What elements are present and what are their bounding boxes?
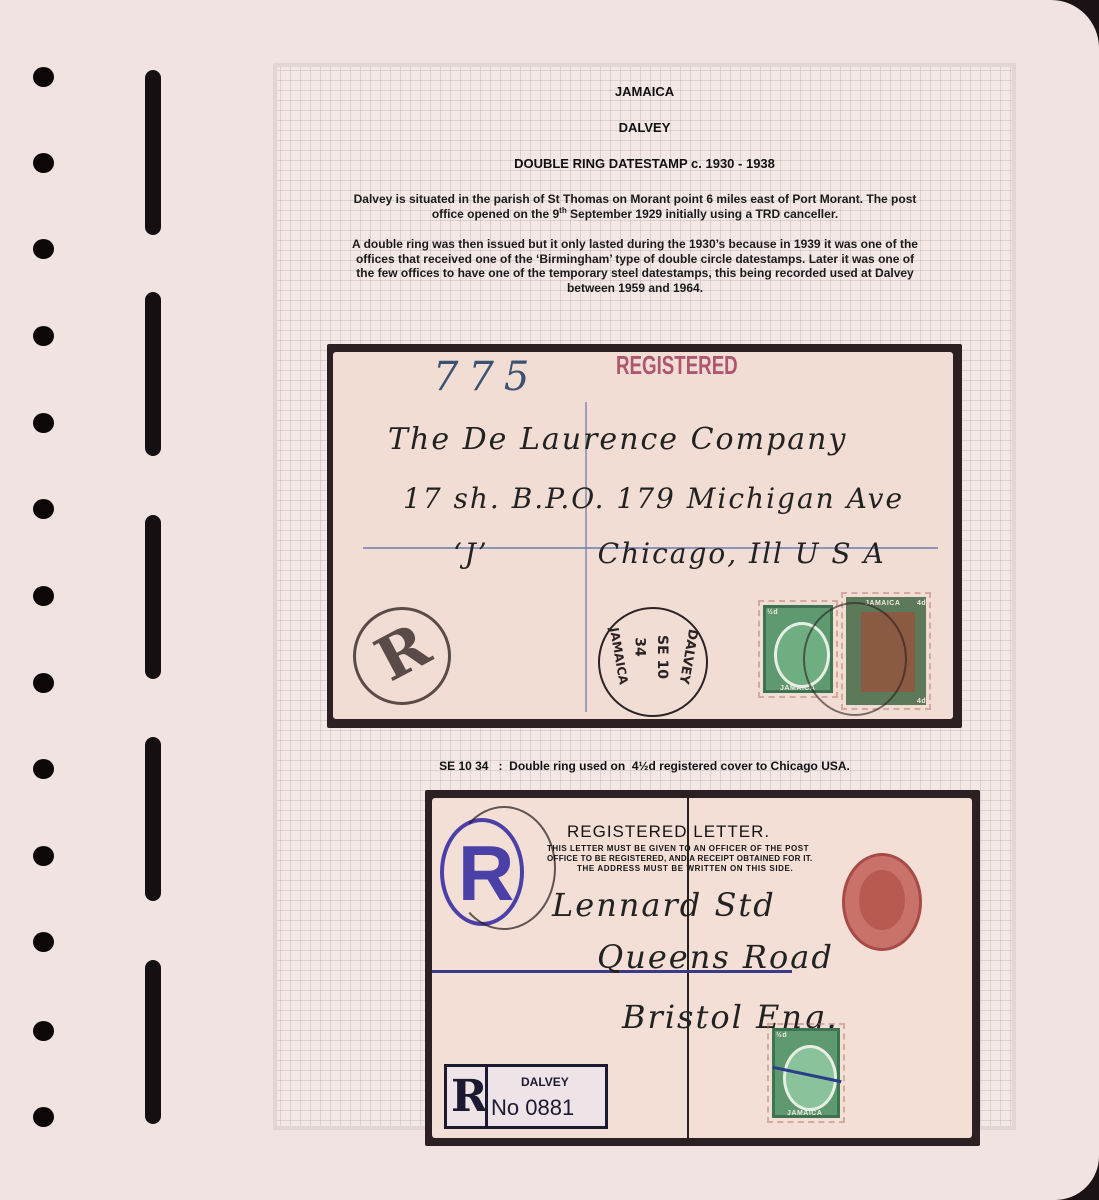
address-line: Lennard Std	[552, 886, 776, 924]
binder-slot	[145, 515, 161, 679]
postmark-year: 34	[632, 637, 648, 656]
paragraph-line: Dalvey is situated in the parish of St T…	[330, 192, 940, 207]
dalvey-double-ring-postmark: SE 10 34 DALVEY JAMAICA	[598, 607, 708, 717]
instruction-line: OFFICE TO BE REGISTERED, AND A RECEIPT O…	[547, 854, 813, 863]
punch-hole	[33, 67, 54, 87]
paragraph-line: A double ring was then issued but it onl…	[330, 237, 940, 252]
punch-hole	[33, 673, 54, 693]
registered-cover-chicago: 775 REGISTERED The De Laurence Company 1…	[333, 352, 953, 719]
registered-handstamp: REGISTERED	[616, 352, 738, 381]
stamp-country: JAMAICA	[787, 1110, 822, 1117]
punch-hole	[33, 326, 54, 346]
paragraph-line: office opened on the 9th September 1929 …	[330, 207, 940, 222]
label-r-letter: R	[451, 1071, 488, 1122]
paragraph-line: the few offices to have one of the tempo…	[330, 266, 940, 281]
postmark-date: SE 10	[654, 635, 670, 679]
label-number: No 0881	[491, 1095, 574, 1121]
king-head-oval	[859, 870, 905, 930]
punch-hole	[33, 499, 54, 519]
cover-caption: SE 10 34 : Double ring used on 4½d regis…	[273, 759, 1016, 773]
stamp-value: ½d	[776, 1032, 787, 1039]
postmark-tie	[803, 602, 907, 716]
address-line: Queens Road	[597, 938, 834, 976]
description-paragraph-2: A double ring was then issued but it onl…	[330, 237, 940, 295]
page-subtitle: DALVEY	[273, 120, 1016, 135]
label-office: DALVEY	[521, 1075, 569, 1089]
binder-slot	[145, 292, 161, 456]
binder-slot	[145, 737, 161, 901]
description-paragraph-1: Dalvey is situated in the parish of St T…	[330, 192, 940, 221]
section-heading: DOUBLE RING DATESTAMP c. 1930 - 1938	[273, 156, 1016, 171]
punch-hole	[33, 153, 54, 173]
stamp-value: ½d	[767, 609, 778, 616]
registration-number: 775	[433, 354, 539, 400]
punch-hole	[33, 239, 54, 259]
punch-hole	[33, 759, 54, 779]
address-line: 17 sh. B.P.O. 179 Michigan Ave	[403, 482, 904, 515]
embossed-stamp	[842, 853, 922, 951]
page-title: JAMAICA	[273, 84, 1016, 99]
punch-hole	[33, 932, 54, 952]
stamp-value: 4d	[917, 698, 926, 705]
address-line: The De Laurence Company	[388, 422, 847, 457]
r-registration-mark: R	[353, 607, 451, 705]
registered-letter-bristol: R REGISTERED LETTER. THIS LETTER MUST BE…	[432, 798, 972, 1138]
album-page: JAMAICA DALVEY DOUBLE RING DATESTAMP c. …	[0, 0, 1099, 1200]
punch-hole	[33, 413, 54, 433]
binder-slot	[145, 70, 161, 235]
paragraph-line: offices that received one of the ‘Birmin…	[330, 252, 940, 267]
instruction-line: THE ADDRESS MUST BE WRITTEN ON THIS SIDE…	[577, 864, 793, 873]
instruction-line: THIS LETTER MUST BE GIVEN TO AN OFFICER …	[547, 844, 809, 853]
postmark-office: DALVEY	[676, 628, 700, 685]
registration-label: R DALVEY No 0881	[444, 1064, 608, 1129]
paragraph-line: between 1959 and 1964.	[330, 281, 940, 296]
punch-hole	[33, 1021, 54, 1041]
registered-letter-header: REGISTERED LETTER.	[567, 822, 770, 842]
r-glyph: R	[364, 610, 441, 695]
punch-hole	[33, 846, 54, 866]
stamp-value: 4d	[917, 600, 926, 607]
postmark-partial	[452, 806, 556, 930]
address-line: ‘J’ Chicago, Ill U S A	[453, 537, 886, 570]
punch-hole	[33, 586, 54, 606]
punch-hole	[33, 1107, 54, 1127]
binder-slot	[145, 960, 161, 1124]
